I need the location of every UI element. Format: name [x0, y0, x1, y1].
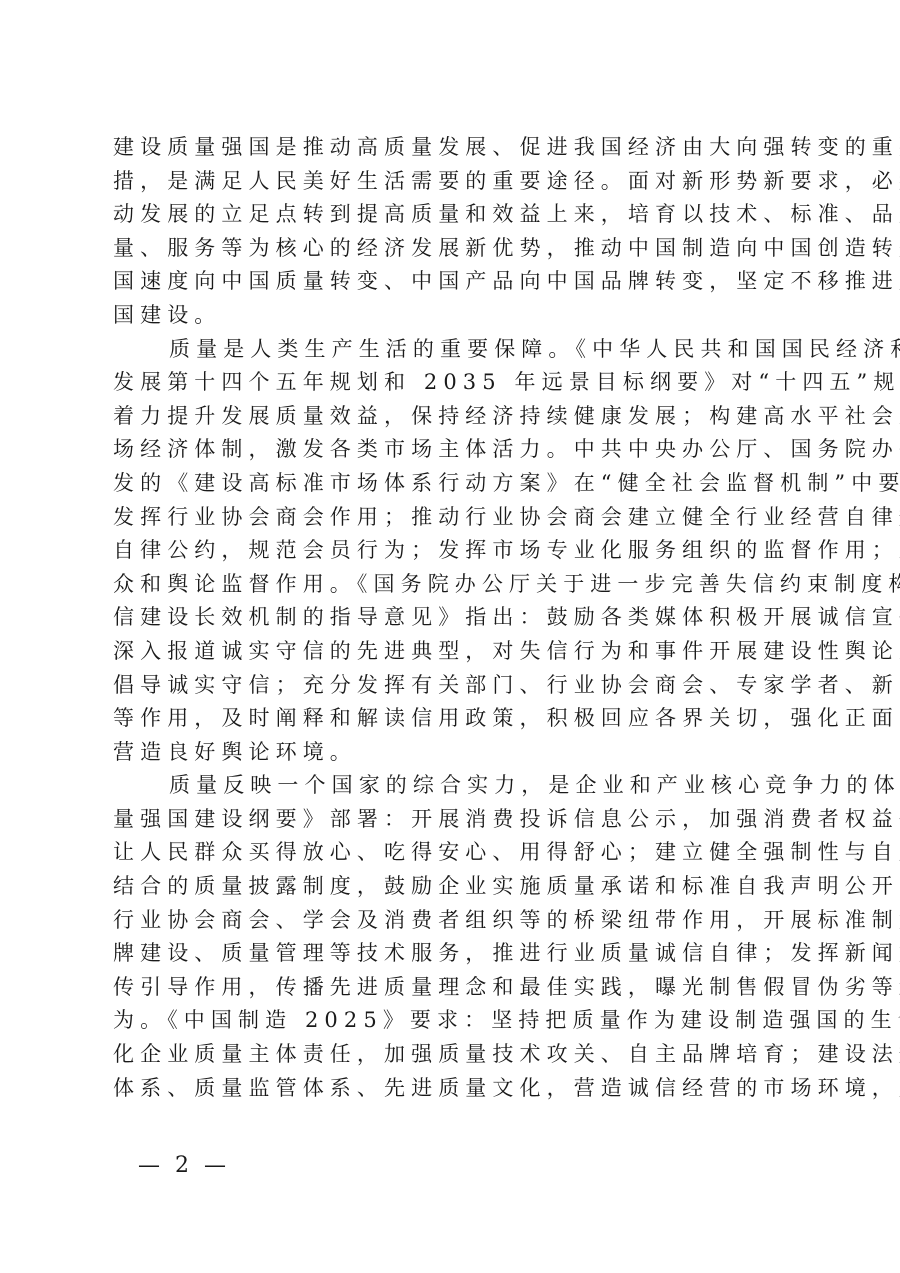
text-line: 建设质量强国是推动高质量发展、促进我国经济由大向强转变的重要举 — [113, 131, 793, 165]
text-line: 深入报道诚实守信的先进典型，对失信行为和事件开展建设性舆论监督， — [113, 635, 793, 669]
text-line: 量强国建设纲要》部署：开展消费投诉信息公示，加强消费者权益保护， — [113, 803, 793, 837]
page-number: — 2 — — [138, 1151, 230, 1181]
text-line: 质量是人类生产生活的重要保障。《中华人民共和国国民经济和社会 — [113, 333, 793, 367]
text-line: 传引导作用，传播先进质量理念和最佳实践，曝光制售假冒伪劣等违法行 — [113, 971, 793, 1005]
paragraph-1: 建设质量强国是推动高质量发展、促进我国经济由大向强转变的重要举 措，是满足人民美… — [113, 131, 793, 333]
text-line: 发展第十四个五年规划和 2035 年远景目标纲要》对“十四五”规划部署： — [113, 366, 793, 400]
text-line: 发挥行业协会商会作用；推动行业协会商会建立健全行业经营自律规范、 — [113, 501, 793, 535]
paragraph-3: 质量反映一个国家的综合实力，是企业和产业核心竞争力的体现。《质 量强国建设纲要》… — [113, 769, 793, 1105]
text-line: 场经济体制，激发各类市场主体活力。中共中央办公厅、国务院办公厅印 — [113, 433, 793, 467]
text-line: 发的《建设高标准市场体系行动方案》在“健全社会监督机制”中要求： — [113, 467, 793, 501]
text-line: 措，是满足人民美好生活需要的重要途径。面对新形势新要求，必须把推 — [113, 165, 793, 199]
document-page: 建设质量强国是推动高质量发展、促进我国经济由大向强转变的重要举 措，是满足人民美… — [0, 0, 900, 1273]
text-line: 国建设。 — [113, 299, 793, 333]
text-line: 体系、质量监管体系、先进质量文化，营造诚信经营的市场环境，走以质 — [113, 1072, 793, 1106]
text-line: 质量反映一个国家的综合实力，是企业和产业核心竞争力的体现。《质 — [113, 769, 793, 803]
text-line: 结合的质量披露制度，鼓励企业实施质量承诺和标准自我声明公开；发挥 — [113, 870, 793, 904]
body-text: 建设质量强国是推动高质量发展、促进我国经济由大向强转变的重要举 措，是满足人民美… — [113, 131, 793, 1105]
text-line: 为。《中国制造 2025》要求：坚持把质量作为建设制造强国的生命线，强 — [113, 1004, 793, 1038]
text-line: 等作用，及时阐释和解读信用政策，积极回应各界关切，强化正面引导， — [113, 702, 793, 736]
text-line: 信建设长效机制的指导意见》指出：鼓励各类媒体积极开展诚信宣传教育， — [113, 601, 793, 635]
text-line: 行业协会商会、学会及消费者组织等的桥梁纽带作用，开展标准制定、品 — [113, 904, 793, 938]
text-line: 着力提升发展质量效益，保持经济持续健康发展；构建高水平社会主义市 — [113, 400, 793, 434]
paragraph-2: 质量是人类生产生活的重要保障。《中华人民共和国国民经济和社会 发展第十四个五年规… — [113, 333, 793, 770]
text-line: 动发展的立足点转到提高质量和效益上来，培育以技术、标准、品牌、质 — [113, 198, 793, 232]
text-line: 众和舆论监督作用。《国务院办公厅关于进一步完善失信约束制度构建诚 — [113, 568, 793, 602]
text-line: 营造良好舆论环境。 — [113, 736, 793, 770]
text-line: 化企业质量主体责任，加强质量技术攻关、自主品牌培育；建设法规标准 — [113, 1038, 793, 1072]
text-line: 国速度向中国质量转变、中国产品向中国品牌转变，坚定不移推进质量强 — [113, 265, 793, 299]
text-line: 牌建设、质量管理等技术服务，推进行业质量诚信自律；发挥新闻媒体宣 — [113, 937, 793, 971]
text-line: 让人民群众买得放心、吃得安心、用得舒心；建立健全强制性与自愿性相 — [113, 836, 793, 870]
text-line: 量、服务等为核心的经济发展新优势，推动中国制造向中国创造转变、中 — [113, 232, 793, 266]
text-line: 倡导诚实守信；充分发挥有关部门、行业协会商会、专家学者、新闻媒体 — [113, 669, 793, 703]
text-line: 自律公约，规范会员行为；发挥市场专业化服务组织的监督作用；发挥公 — [113, 534, 793, 568]
